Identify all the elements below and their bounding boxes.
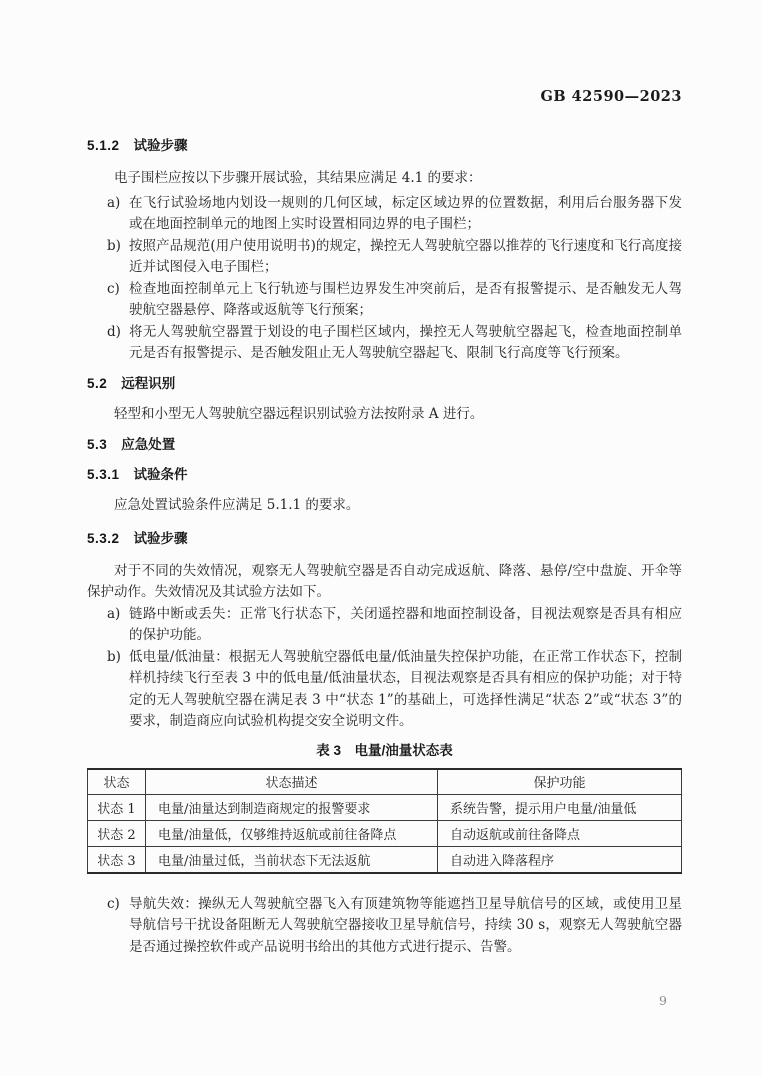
heading-5-3-2: 5.3.2试验步骤 — [87, 529, 682, 548]
cell-state: 状态 2 — [88, 821, 146, 847]
heading-number: 5.3.1 — [87, 467, 120, 482]
heading-5-2: 5.2远程识别 — [87, 374, 682, 393]
cell-state: 状态 3 — [88, 847, 146, 873]
list-marker: b) — [107, 647, 129, 669]
cell-desc: 电量/油量过低，当前状态下无法返航 — [146, 847, 438, 873]
list-marker: a) — [107, 193, 129, 215]
heading-number: 5.3 — [87, 437, 107, 452]
table3-header-desc: 状态描述 — [146, 769, 438, 795]
list-marker: b) — [107, 236, 129, 258]
heading-number: 5.3.2 — [87, 531, 120, 546]
list-item-c: c) 检查地面控制单元上飞行轨迹与围栏边界发生冲突前后，是否有报警提示、是否触发… — [87, 279, 682, 322]
list-marker: c) — [107, 279, 129, 301]
cell-prot: 自动进入降落程序 — [438, 847, 682, 873]
table-row: 状态 1 电量/油量达到制造商规定的报警要求 系统告警，提示用户电量/油量低 — [88, 795, 682, 821]
list-item-b: b) 低电量/低油量：根据无人驾驶航空器低电量/低油量失控保护功能，在正常工作状… — [87, 647, 682, 733]
table3: 状态 状态描述 保护功能 状态 1 电量/油量达到制造商规定的报警要求 系统告警… — [87, 768, 682, 874]
table3-header-state: 状态 — [88, 769, 146, 795]
list-item-text: 将无人驾驶航空器置于划设的电子围栏区域内，操控无人驾驶航空器起飞，检查地面控制单… — [129, 322, 682, 365]
list-item-text: 链路中断或丢失：正常飞行状态下，关闭遥控器和地面控制设备，目视法观察是否具有相应… — [129, 604, 682, 647]
cell-prot: 系统告警，提示用户电量/油量低 — [438, 795, 682, 821]
doc-number: GB 42590—2023 — [87, 88, 682, 106]
list-5-3-2: a) 链路中断或丢失：正常飞行状态下，关闭遥控器和地面控制设备，目视法观察是否具… — [87, 604, 682, 733]
table3-header-prot: 保护功能 — [438, 769, 682, 795]
heading-title: 试验步骤 — [134, 531, 188, 546]
cell-desc: 电量/油量低，仅够维持返航或前往备降点 — [146, 821, 438, 847]
list-5-3-2-continued: c) 导航失效：操纵无人驾驶航空器飞入有顶建筑物等能遮挡卫星导航信号的区域，或使… — [87, 894, 682, 959]
table-row: 状态 2 电量/油量低，仅够维持返航或前往备降点 自动返航或前往备降点 — [88, 821, 682, 847]
para-5-2-body: 轻型和小型无人驾驶航空器远程识别试验方法按附录 A 进行。 — [87, 404, 682, 426]
heading-number: 5.2 — [87, 376, 107, 391]
list-marker: a) — [107, 604, 129, 626]
list-item-b: b) 按照产品规范(用户使用说明书)的规定，操控无人驾驶航空器以推荐的飞行速度和… — [87, 236, 682, 279]
table3-caption: 表 3 电量/油量状态表 — [87, 741, 682, 760]
para-5-3-2-intro: 对于不同的失效情况，观察无人驾驶航空器是否自动完成返航、降落、悬停/空中盘旋、开… — [87, 561, 682, 604]
list-item-a: a) 在飞行试验场地内划设一规则的几何区域，标定区域边界的位置数据，利用后台服务… — [87, 193, 682, 236]
heading-title: 试验步骤 — [134, 138, 188, 153]
para-5-3-1-body: 应急处置试验条件应满足 5.1.1 的要求。 — [87, 495, 682, 517]
heading-title: 应急处置 — [121, 437, 175, 452]
heading-title: 试验条件 — [134, 467, 188, 482]
list-5-1-2: a) 在飞行试验场地内划设一规则的几何区域，标定区域边界的位置数据，利用后台服务… — [87, 193, 682, 365]
list-item-text: 低电量/低油量：根据无人驾驶航空器低电量/低油量失控保护功能，在正常工作状态下，… — [129, 647, 682, 733]
cell-desc: 电量/油量达到制造商规定的报警要求 — [146, 795, 438, 821]
list-item-c: c) 导航失效：操纵无人驾驶航空器飞入有顶建筑物等能遮挡卫星导航信号的区域，或使… — [87, 894, 682, 959]
para-5-1-2-intro: 电子围栏应按以下步骤开展试验，其结果应满足 4.1 的要求： — [87, 168, 682, 190]
page-number: 9 — [659, 993, 667, 1008]
list-marker: c) — [107, 894, 129, 916]
list-item-a: a) 链路中断或丢失：正常飞行状态下，关闭遥控器和地面控制设备，目视法观察是否具… — [87, 604, 682, 647]
heading-title: 远程识别 — [121, 376, 175, 391]
list-item-text: 导航失效：操纵无人驾驶航空器飞入有顶建筑物等能遮挡卫星导航信号的区域，或使用卫星… — [129, 894, 682, 959]
cell-prot: 自动返航或前往备降点 — [438, 821, 682, 847]
table3-header-row: 状态 状态描述 保护功能 — [88, 769, 682, 795]
list-item-d: d) 将无人驾驶航空器置于划设的电子围栏区域内，操控无人驾驶航空器起飞，检查地面… — [87, 322, 682, 365]
heading-5-3: 5.3应急处置 — [87, 435, 682, 454]
list-item-text: 检查地面控制单元上飞行轨迹与围栏边界发生冲突前后，是否有报警提示、是否触发无人驾… — [129, 279, 682, 322]
document-page: GB 42590—2023 5.1.2试验步骤 电子围栏应按以下步骤开展试验，其… — [0, 0, 762, 1076]
heading-number: 5.1.2 — [87, 138, 120, 153]
list-item-text: 在飞行试验场地内划设一规则的几何区域，标定区域边界的位置数据，利用后台服务器下发… — [129, 193, 682, 236]
table-row: 状态 3 电量/油量过低，当前状态下无法返航 自动进入降落程序 — [88, 847, 682, 873]
list-marker: d) — [107, 322, 129, 344]
heading-5-1-2: 5.1.2试验步骤 — [87, 136, 682, 155]
cell-state: 状态 1 — [88, 795, 146, 821]
list-item-text: 按照产品规范(用户使用说明书)的规定，操控无人驾驶航空器以推荐的飞行速度和飞行高… — [129, 236, 682, 279]
heading-5-3-1: 5.3.1试验条件 — [87, 465, 682, 484]
